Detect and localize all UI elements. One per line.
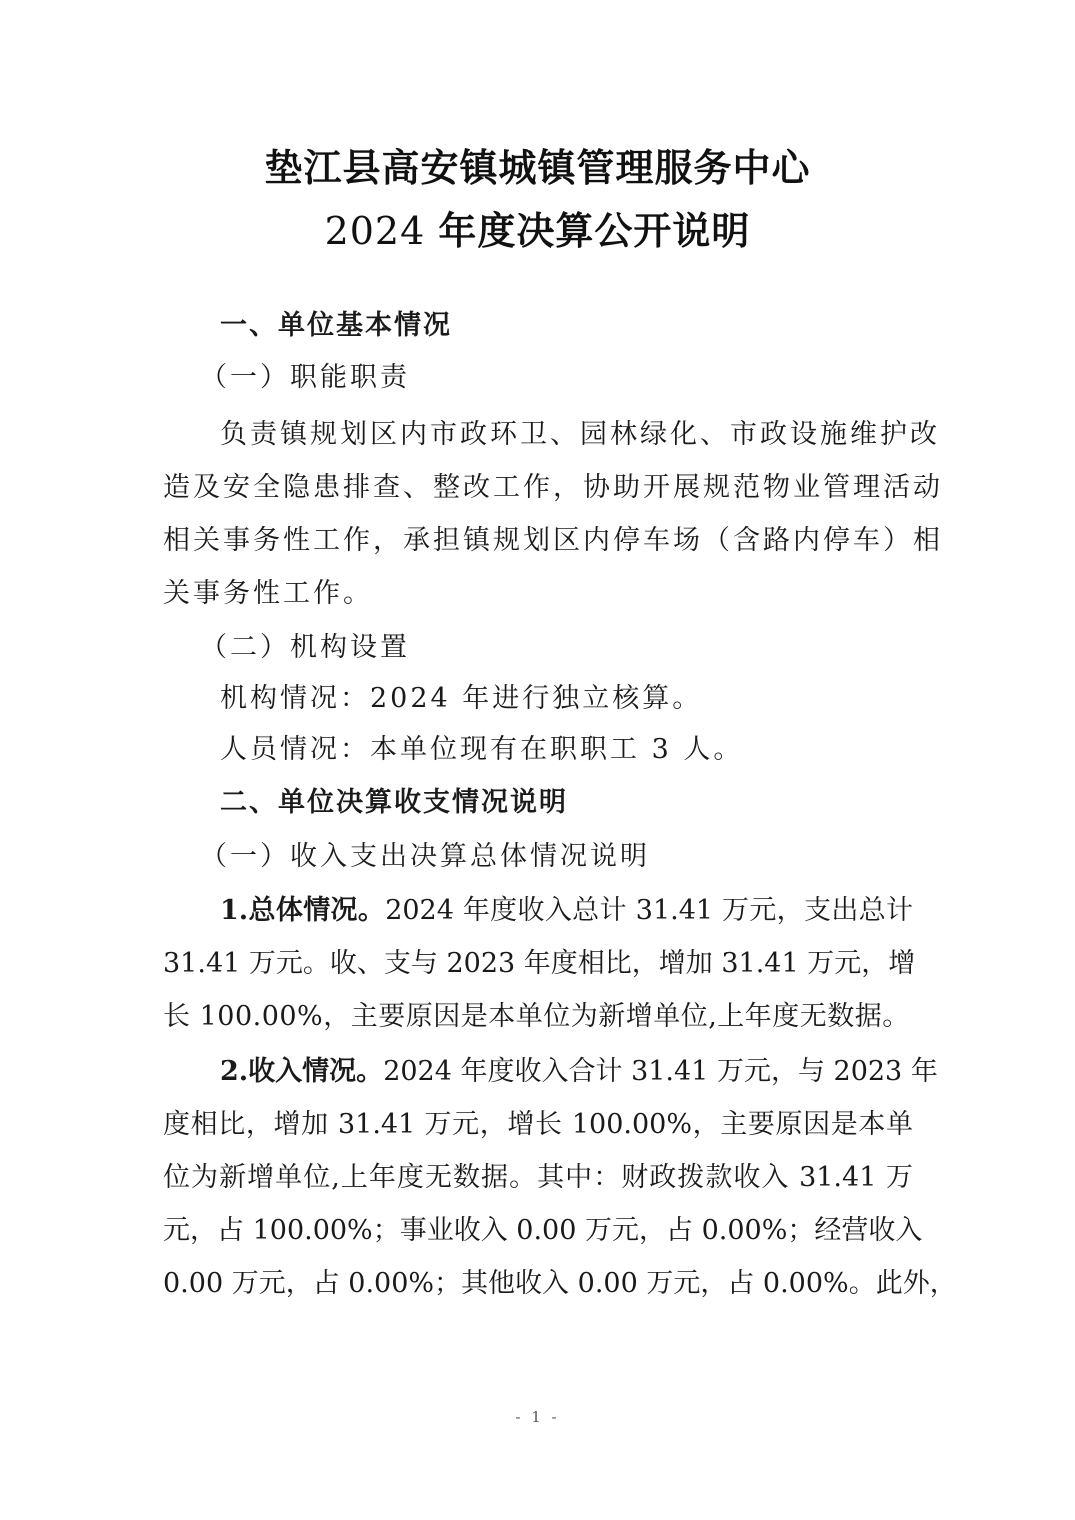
- overall-para-line: 1.总体情况。2024 年度收入总计 31.41 万元，支出总计: [220, 885, 913, 937]
- subtitle-year: 2024: [325, 209, 426, 253]
- overall-para-line: 31.41 万元。收、支与 2023 年度相比，增加 31.41 万元，增: [163, 938, 913, 990]
- income-para-line: 0.00 万元，占 0.00%；其他收入 0.00 万元，占 0.00%。此外，: [163, 1258, 913, 1310]
- document-subtitle: 2024 年度决算公开说明: [0, 200, 1075, 255]
- subheading-organization: （二）机构设置: [200, 622, 950, 674]
- duties-para-line: 造及安全隐患排查、整改工作，协助开展规范物业管理活动: [163, 462, 913, 514]
- page-number: - 1 -: [0, 1408, 1075, 1426]
- subheading-duties: （一）职能职责: [200, 352, 950, 404]
- section-heading-1: 一、单位基本情况: [220, 300, 970, 352]
- subtitle-text: 年度决算公开说明: [438, 208, 750, 253]
- duties-para-line: 相关事务性工作，承担镇规划区内停车场（含路内停车）相: [163, 515, 913, 567]
- income-label: 2.收入情况。: [220, 1056, 383, 1087]
- staff-status: 人员情况：本单位现有在职职工 3 人。: [220, 724, 970, 776]
- overall-text: 2024 年度收入总计 31.41 万元，支出总计: [385, 895, 913, 926]
- income-text: 2024 年度收入合计 31.41 万元，与 2023 年: [383, 1056, 938, 1087]
- overall-para-line: 长 100.00%，主要原因是本单位为新增单位,上年度无数据。: [163, 991, 913, 1043]
- duties-para-line: 关事务性工作。: [163, 568, 913, 620]
- income-para-line: 元，占 100.00%；事业收入 0.00 万元，占 0.00%；经营收入: [163, 1205, 913, 1257]
- income-para-line: 度相比，增加 31.41 万元，增长 100.00%，主要原因是本单: [163, 1099, 913, 1151]
- duties-para-line: 负责镇规划区内市政环卫、园林绿化、市政设施维护改: [220, 409, 913, 461]
- organization-status: 机构情况：2024 年进行独立核算。: [220, 673, 970, 725]
- income-para-line: 位为新增单位,上年度无数据。其中：财政拨款收入 31.41 万: [163, 1152, 913, 1204]
- income-para-line: 2.收入情况。2024 年度收入合计 31.41 万元，与 2023 年: [220, 1046, 913, 1098]
- document-title: 垫江县高安镇城镇管理服务中心: [0, 137, 1075, 192]
- subheading-overall: （一）收入支出决算总体情况说明: [200, 831, 950, 883]
- section-heading-2: 二、单位决算收支情况说明: [220, 777, 970, 829]
- overall-label: 1.总体情况。: [220, 895, 385, 926]
